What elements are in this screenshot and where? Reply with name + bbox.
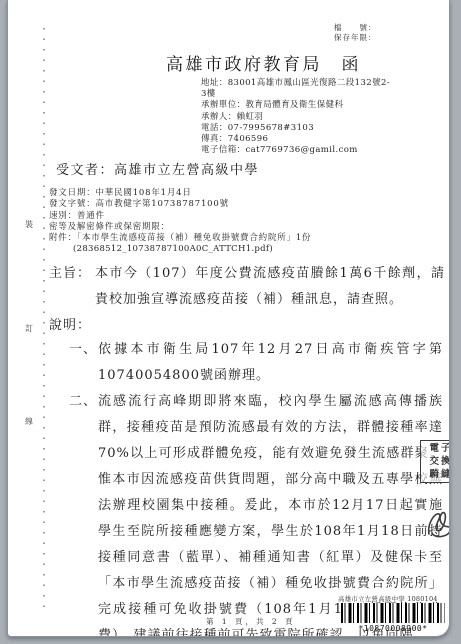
screenshot-root: { "doc": { "file_label": "檔 號：", "retent… — [0, 0, 461, 644]
subject-section: 主旨： 本市今（107）年度公費流感疫苗賸餘1萬6千餘劑，請貴校加強宣導流感疫苗… — [49, 261, 445, 312]
sender-info: 地址：83001高雄市鳳山區光復路二段132號2- 3樓 承辦單位：教育局體育及… — [201, 78, 433, 156]
stamp-row: 電子 — [423, 442, 450, 455]
recipient-line: 受文者：高雄市立左營高級中學 — [56, 159, 259, 178]
binding-dotted-line — [43, 28, 45, 614]
explanation-items: 一、 依據本市衛生局107年12月27日高市衛疾管字第10740054800號函… — [69, 337, 443, 637]
document-title: 高雄市政府教育局 函 — [166, 50, 361, 75]
sender-address-line2: 3樓 — [201, 89, 433, 100]
sender-contact-person: 承辦人：賴虹羽 — [201, 112, 433, 123]
barcode-text: *10870008900* — [341, 624, 445, 633]
attachment-filename: (28368512_10738787100A0C_ATTCH1.pdf) — [49, 244, 311, 255]
stamp-row: 交換 — [423, 455, 450, 468]
issue-number-line: 發文字號：高市教健字第10738787100號 — [49, 199, 311, 210]
signature-scribble-icon — [423, 504, 450, 546]
sender-email: 電子信箱：cat7769736@gamil.com — [201, 145, 433, 156]
barcode — [341, 603, 445, 623]
document-page: 檔 號： 保存年限： 高雄市政府教育局 函 地址：83001高雄市鳳山區光復路二… — [7, 0, 450, 637]
sender-phone: 電話：07-7995678#3103 — [201, 123, 433, 134]
binding-mark-xian: 線 — [22, 416, 36, 427]
page-indicator: 第 1 頁，共 2 頁 — [206, 616, 296, 627]
subject-label: 主旨： — [49, 261, 95, 312]
sender-fax: 傳真：7406596 — [201, 134, 433, 145]
issue-date-line: 發文日期：中華民國108年1月4日 — [49, 188, 311, 199]
priority-line: 速別：普通件 — [49, 211, 311, 222]
item-text: 依據本市衛生局107年12月27日高市衛疾管字第10740054800號函辦理。 — [98, 337, 443, 389]
explanation-label: 說明： — [49, 314, 91, 333]
barcode-label: 高雄市立左營高級中學 1080104 — [338, 594, 438, 603]
item-number: 一、 — [69, 337, 98, 389]
sender-unit: 承辦單位：教育局體育及衛生保健科 — [201, 100, 433, 111]
archive-labels: 檔 號： 保存年限： — [334, 23, 377, 43]
subject-text: 本市今（107）年度公費流感疫苗賸餘1萬6千餘劑，請貴校加強宣導流感疫苗接（補）… — [95, 261, 445, 312]
attachment-line: 附件：「本市學生流感疫苗接（補）種免收掛號費合約院所」1份 — [49, 233, 311, 244]
retention-period-label: 保存年限： — [334, 33, 377, 43]
item-number: 二、 — [69, 389, 98, 637]
electronic-exchange-seal-stamp: 電子 交換 騎縫 — [420, 440, 450, 483]
classification-line: 密等及解密條件或保密期限： — [49, 222, 311, 233]
document-meta: 發文日期：中華民國108年1月4日 發文字號：高市教健字第10738787100… — [49, 188, 311, 256]
sender-address-line1: 地址：83001高雄市鳳山區光復路二段132號2- — [201, 78, 433, 89]
binding-mark-ding: 訂 — [22, 323, 36, 334]
explanation-item-1: 一、 依據本市衛生局107年12月27日高市衛疾管字第10740054800號函… — [69, 337, 443, 389]
file-number-label: 檔 號： — [334, 23, 377, 33]
stamp-row: 騎縫 — [423, 468, 450, 481]
binding-mark-zhuang: 裝 — [22, 219, 36, 230]
